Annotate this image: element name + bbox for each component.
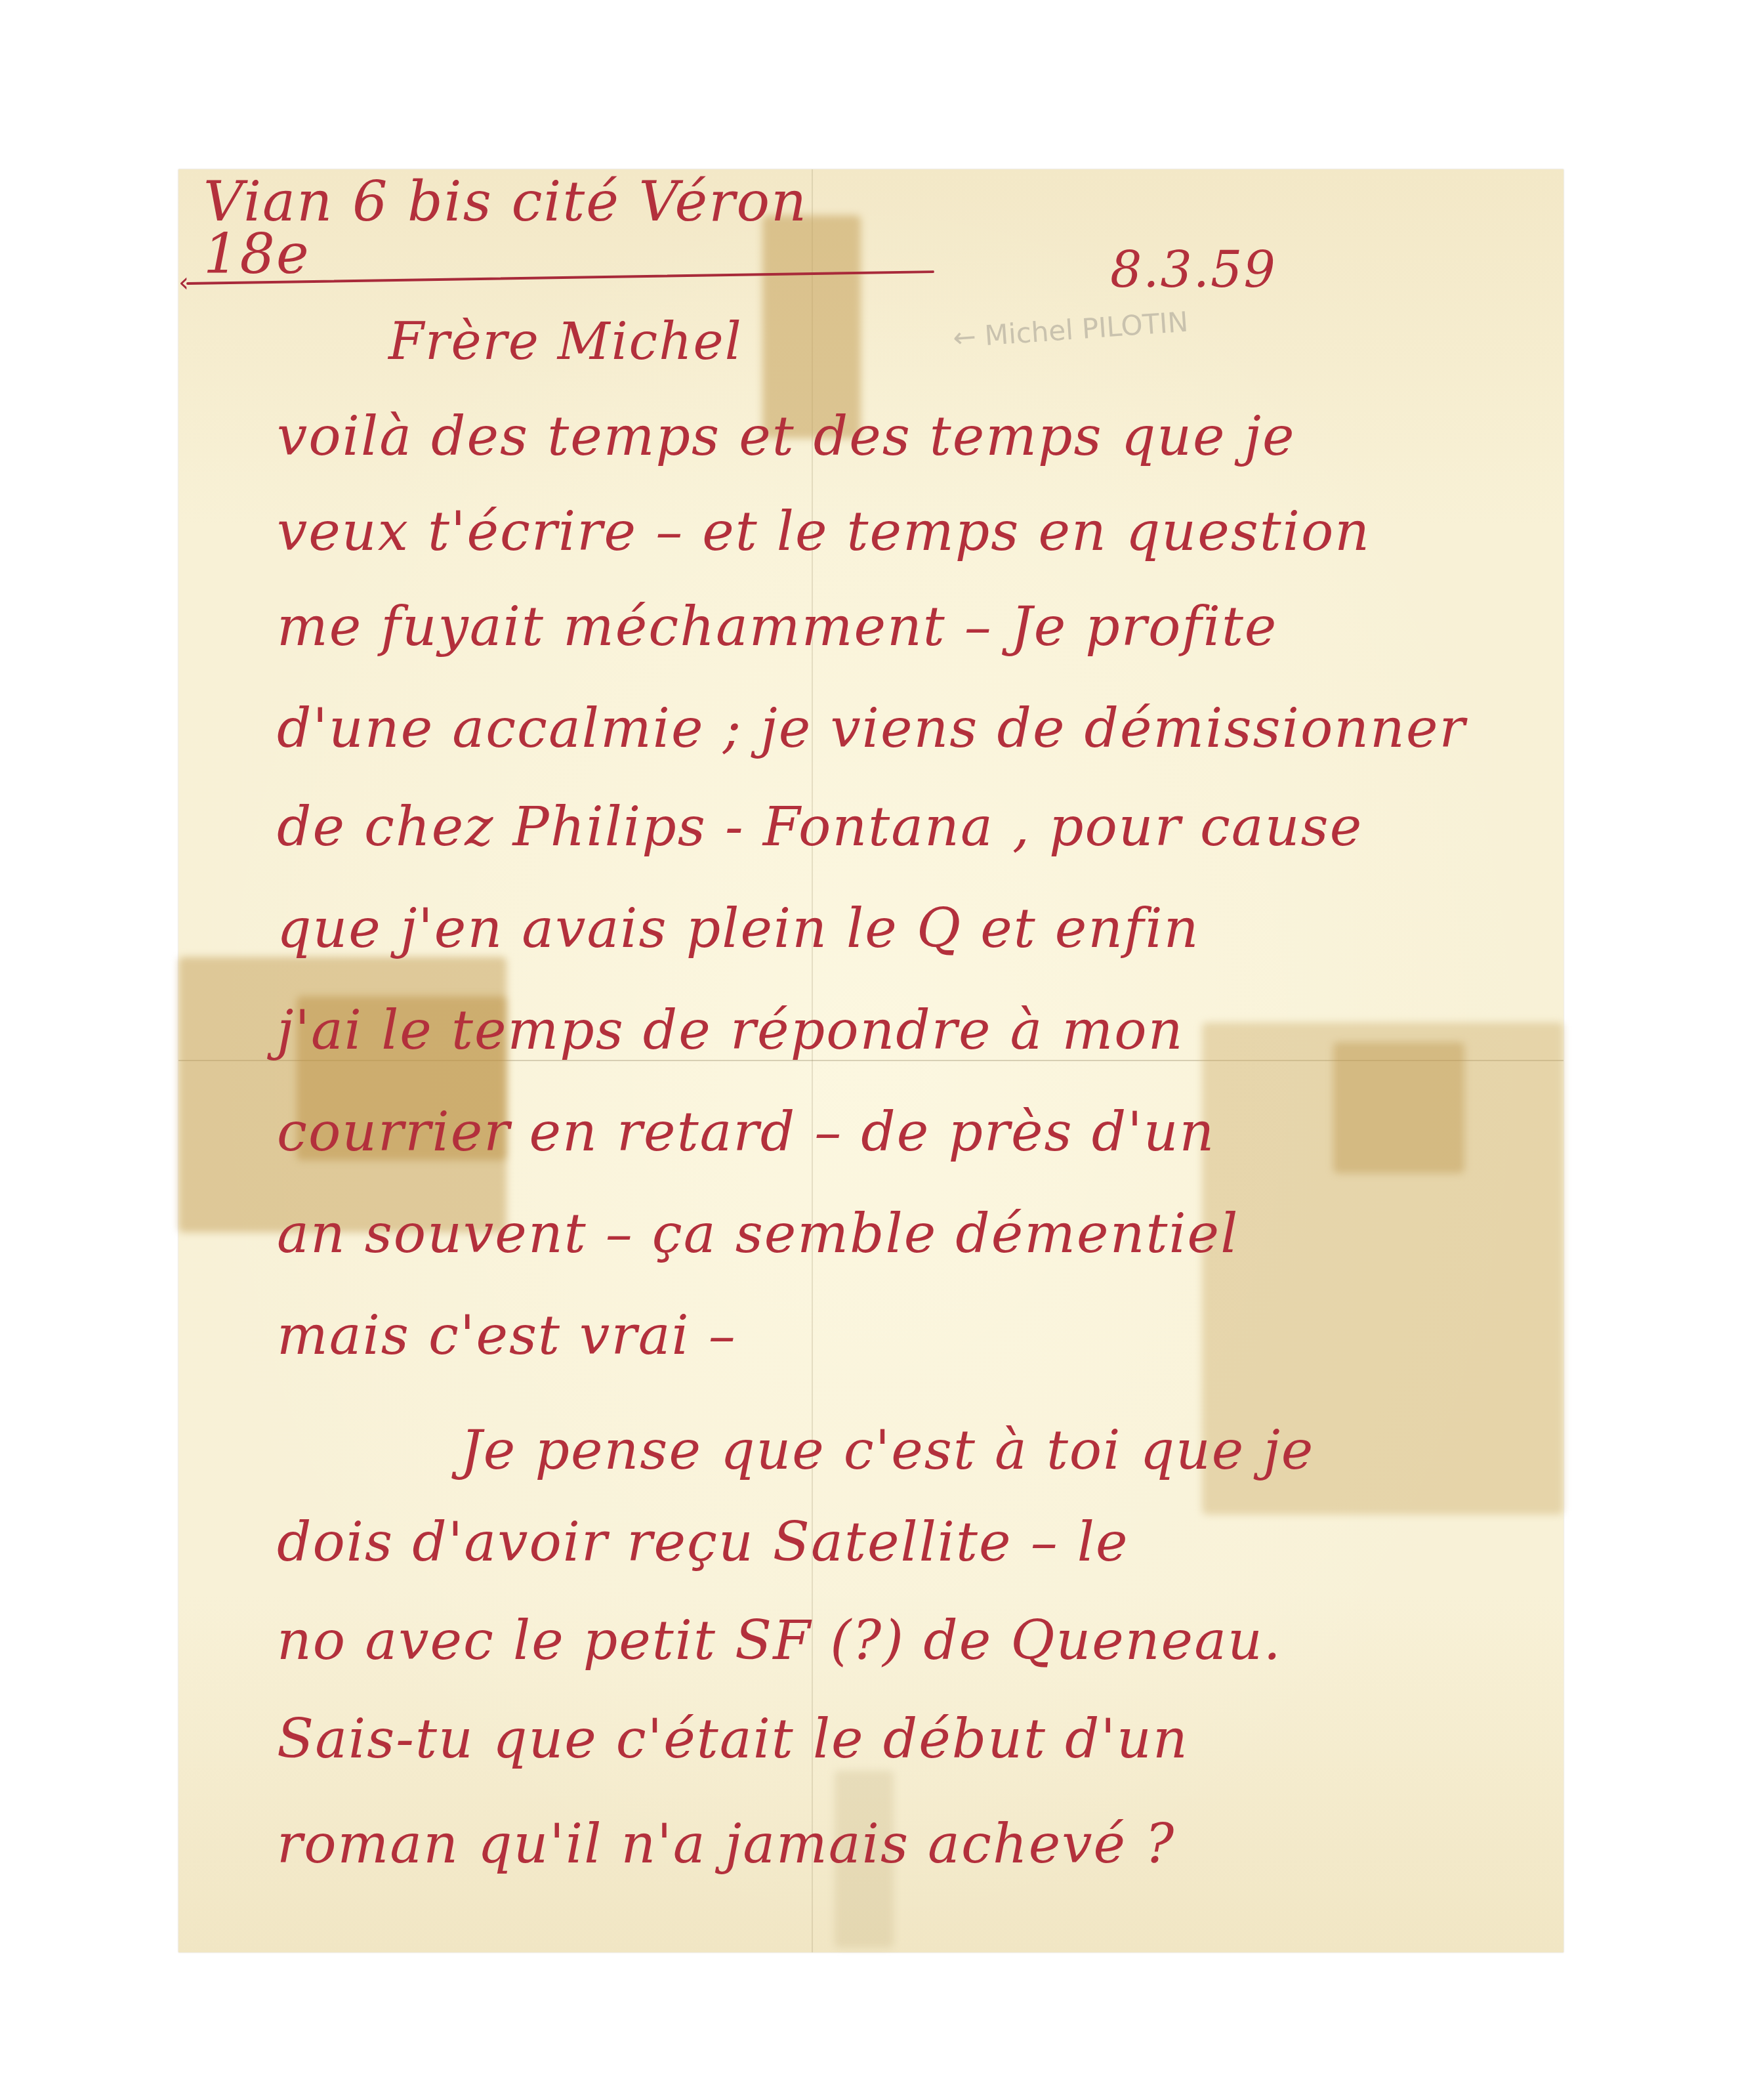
body-line: que j'en avais plein le Q et enfin — [277, 898, 1199, 960]
body-line: j'ai le temps de répondre à mon — [277, 999, 1184, 1062]
stain-right-core — [1333, 1042, 1464, 1173]
pencil-annotation: ← Michel PILOTIN — [952, 306, 1190, 354]
body-line: an souvent – ça semble démentiel — [277, 1203, 1239, 1265]
body-line: courrier en retard – de près d'un — [277, 1101, 1215, 1164]
letter-greeting: Frère Michel — [388, 312, 743, 371]
body-line: roman qu'il n'a jamais achevé ? — [277, 1813, 1175, 1876]
body-line: d'une accalmie ; je viens de démissionne… — [277, 698, 1466, 760]
body-line: mais c'est vrai – — [277, 1305, 737, 1367]
body-line: dois d'avoir reçu Satellite – le — [277, 1511, 1129, 1574]
body-line: veux t'écrire – et le temps en question — [277, 501, 1371, 563]
body-line: de chez Philips - Fontana , pour cause — [277, 796, 1363, 858]
body-line: me fuyait méchamment – Je profite — [277, 596, 1277, 658]
body-line: voilà des temps et des temps que je — [277, 406, 1296, 468]
letter-date: 8.3.59 — [1110, 240, 1277, 299]
body-line: Je pense que c'est à toi que je — [461, 1419, 1314, 1482]
body-line: no avec le petit SF (?) de Queneau. — [277, 1610, 1282, 1672]
letter-sheet: Vian 6 bis cité Véron 18e ‹ 8.3.59 Frère… — [178, 169, 1564, 1952]
body-line: Sais-tu que c'était le début d'un — [277, 1708, 1189, 1771]
stain-top — [762, 215, 861, 438]
sender-address-line-2: 18e — [203, 222, 310, 286]
